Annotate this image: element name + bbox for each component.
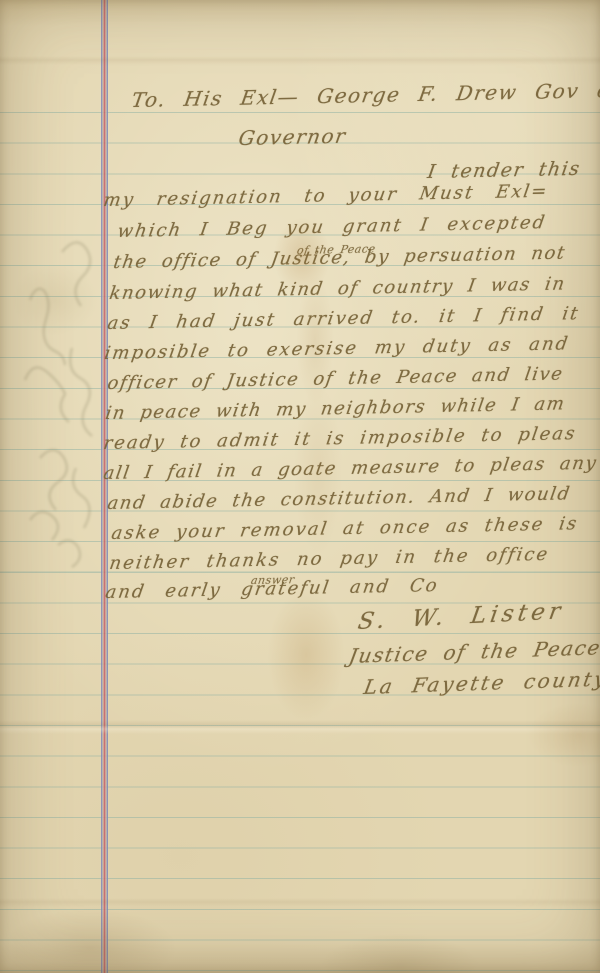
body-line: in peace with my neighbors while I am: [104, 393, 567, 424]
body-line: imposible to exersise my duty as and: [103, 333, 571, 364]
ruled-lines: [0, 112, 600, 973]
margin-line: [100, 0, 109, 973]
body-line: ready to admit it is imposible to pleas: [102, 423, 578, 454]
body-line: neither thanks no pay in the office: [108, 544, 551, 574]
body-line: aske your removal at once as these is: [110, 513, 580, 544]
ink-bleedthrough: [0, 0, 130, 620]
body-line: which I Beg you grant I excepted: [116, 212, 548, 242]
body-line: and early grateful and Co: [104, 575, 440, 603]
letter-scan: To. His Exl— George F. Drew Gov of Fla G…: [0, 0, 600, 973]
body-line: as I had just arrived to. it I find it: [106, 303, 581, 334]
signature-title: Justice of the Peace: [347, 635, 600, 668]
body-line: all I fail in a goate measure to pleas a…: [102, 453, 599, 484]
body-line: officer of Justice of the Peace and live: [106, 363, 565, 394]
body-line: my resignation to your Must Exl=: [102, 181, 550, 211]
governor-line: Governor: [237, 124, 348, 150]
address-line: To. His Exl— George F. Drew Gov of Fla: [130, 77, 600, 112]
body-line: knowing what kind of country I was in: [108, 273, 567, 304]
body-line: and abide the constitution. And I would: [106, 483, 572, 514]
body-line: I tender this: [426, 158, 582, 183]
signature-place: La Fayette county: [362, 667, 600, 699]
signature-name: S. W. Lister: [356, 598, 566, 635]
body-line: the office of Justice, by persuation not: [112, 243, 567, 273]
